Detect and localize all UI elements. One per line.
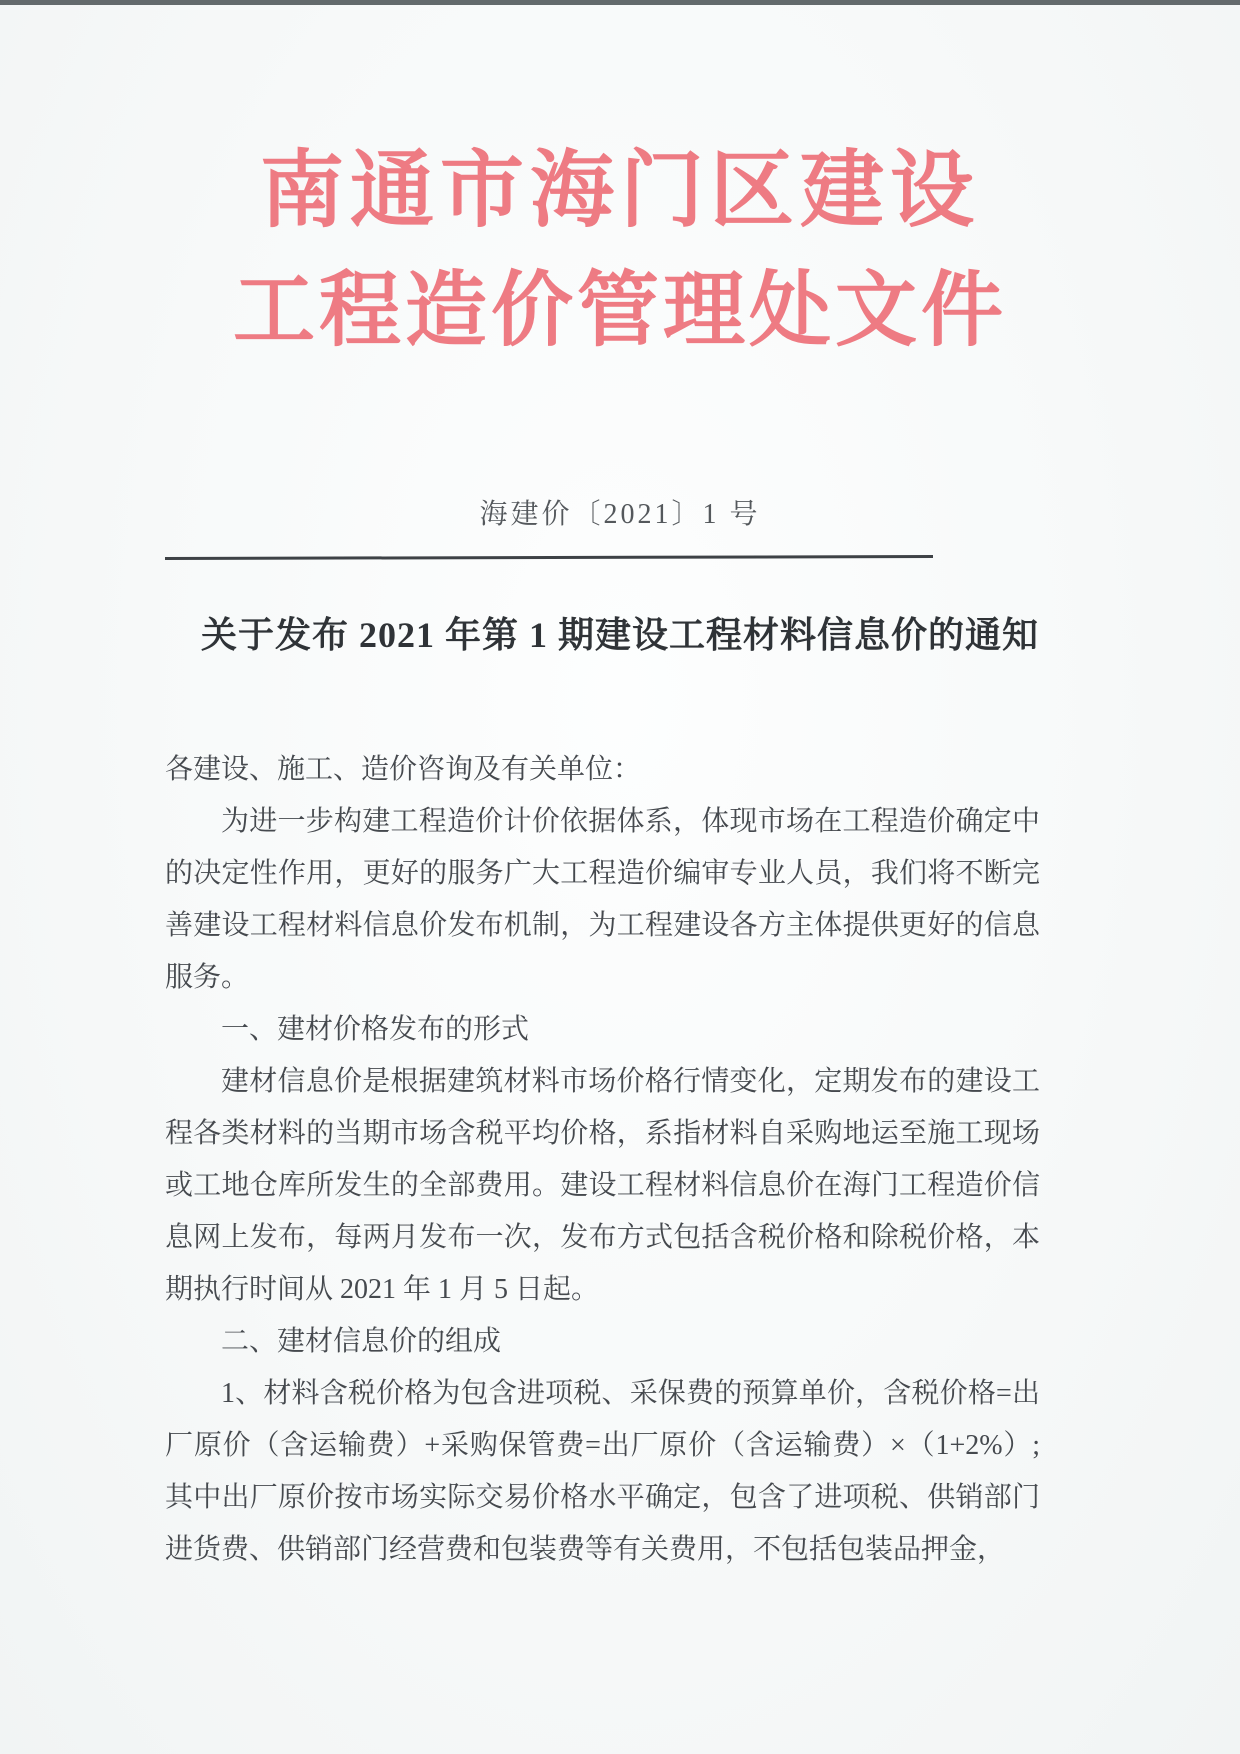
section-heading: 一、建材价格发布的形式	[165, 1004, 1040, 1056]
document-letterhead: 南通市海门区建设 工程造价管理处文件	[0, 0, 1240, 352]
body-paragraph: 建材信息价是根据建筑材料市场价格行情变化，定期发布的建设工程各类材料的当期市场含…	[165, 1056, 1040, 1316]
body-paragraph: 1、材料含税价格为包含进项税、采保费的预算单价，含税价格=出厂原价（含运输费）+…	[165, 1368, 1040, 1576]
notice-title: 关于发布 2021 年第 1 期建设工程材料信息价的通知	[0, 607, 1240, 658]
letterhead-line1: 南通市海门区建设	[0, 150, 1240, 234]
salutation-line: 各建设、施工、造价咨询及有关单位：	[165, 744, 1040, 796]
scan-edge-top	[0, 0, 1240, 5]
section-heading: 二、建材信息价的组成	[165, 1316, 1040, 1368]
body-paragraph: 为进一步构建工程造价计价依据体系，体现市场在工程造价确定中的决定性作用，更好的服…	[165, 796, 1040, 1004]
document-body: 各建设、施工、造价咨询及有关单位：为进一步构建工程造价计价依据体系，体现市场在工…	[0, 744, 1240, 1576]
header-divider-rule	[165, 555, 933, 560]
scanned-document-page: 南通市海门区建设 工程造价管理处文件 海建价〔2021〕1 号 关于发布 202…	[0, 0, 1240, 1754]
document-number: 海建价〔2021〕1 号	[0, 492, 1240, 532]
letterhead-line2: 工程造价管理处文件	[0, 270, 1240, 352]
